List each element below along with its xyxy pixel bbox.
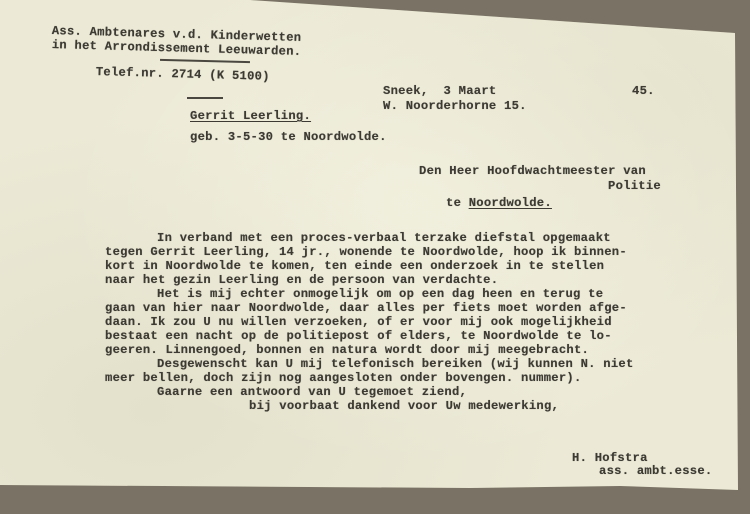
- body-line: bij voorbaat dankend voor Uw medewerking…: [249, 399, 559, 413]
- body-line: meer bellen, doch zijn nog aangesloten o…: [105, 371, 582, 385]
- telephone-number: 2714 (K 5100): [171, 67, 270, 84]
- recipient-place: Noordwolde.: [469, 196, 552, 210]
- place: Sneek,: [383, 84, 428, 98]
- recipient-line-1: Den Heer Hoofdwachtmeester van: [419, 164, 646, 178]
- body-line: tegen Gerrit Leerling, 14 jr., wonende t…: [105, 245, 627, 259]
- recipient-prefix: te: [446, 196, 461, 210]
- body-line: naar het gezin Leerling en de persoon va…: [105, 273, 498, 287]
- body-line: daan. Ik zou U nu willen verzoeken, of e…: [105, 315, 612, 329]
- body-line: In verband met een proces-verbaal terzak…: [157, 231, 611, 245]
- body-line: bestaat een nacht op de politiepost of e…: [105, 329, 612, 343]
- body-line: geeren. Linnengoed, bonnen en natura wor…: [105, 343, 589, 357]
- body-line: Desgewenscht kan U mij telefonisch berei…: [157, 357, 634, 371]
- divider-rule: [187, 97, 223, 99]
- sender-address: W. Noorderhorne 15.: [383, 99, 527, 113]
- body-line: Het is mij echter onmogelijk om op een d…: [157, 287, 603, 301]
- year: 45.: [632, 84, 655, 98]
- day-month: 3 Maart: [444, 84, 497, 98]
- signature-title: ass. ambt.esse.: [599, 464, 712, 478]
- body-line: Gaarne een antwoord van U tegemoet ziend…: [157, 385, 467, 399]
- place-date: Sneek, 3 Maart: [383, 84, 496, 98]
- body-line: gaan van hier naar Noordwolde, daar alle…: [105, 301, 627, 315]
- recipient-line-3: te Noordwolde.: [446, 196, 552, 210]
- subject-born: geb. 3-5-30 te Noordwolde.: [190, 130, 387, 144]
- telephone-label: Telef.nr.: [96, 65, 164, 81]
- recipient-line-2: Politie: [608, 179, 661, 193]
- signature-name: H. Hofstra: [572, 451, 648, 465]
- body-line: kort in Noordwolde te komen, ten einde e…: [105, 259, 604, 273]
- subject-name: Gerrit Leerling.: [190, 109, 311, 123]
